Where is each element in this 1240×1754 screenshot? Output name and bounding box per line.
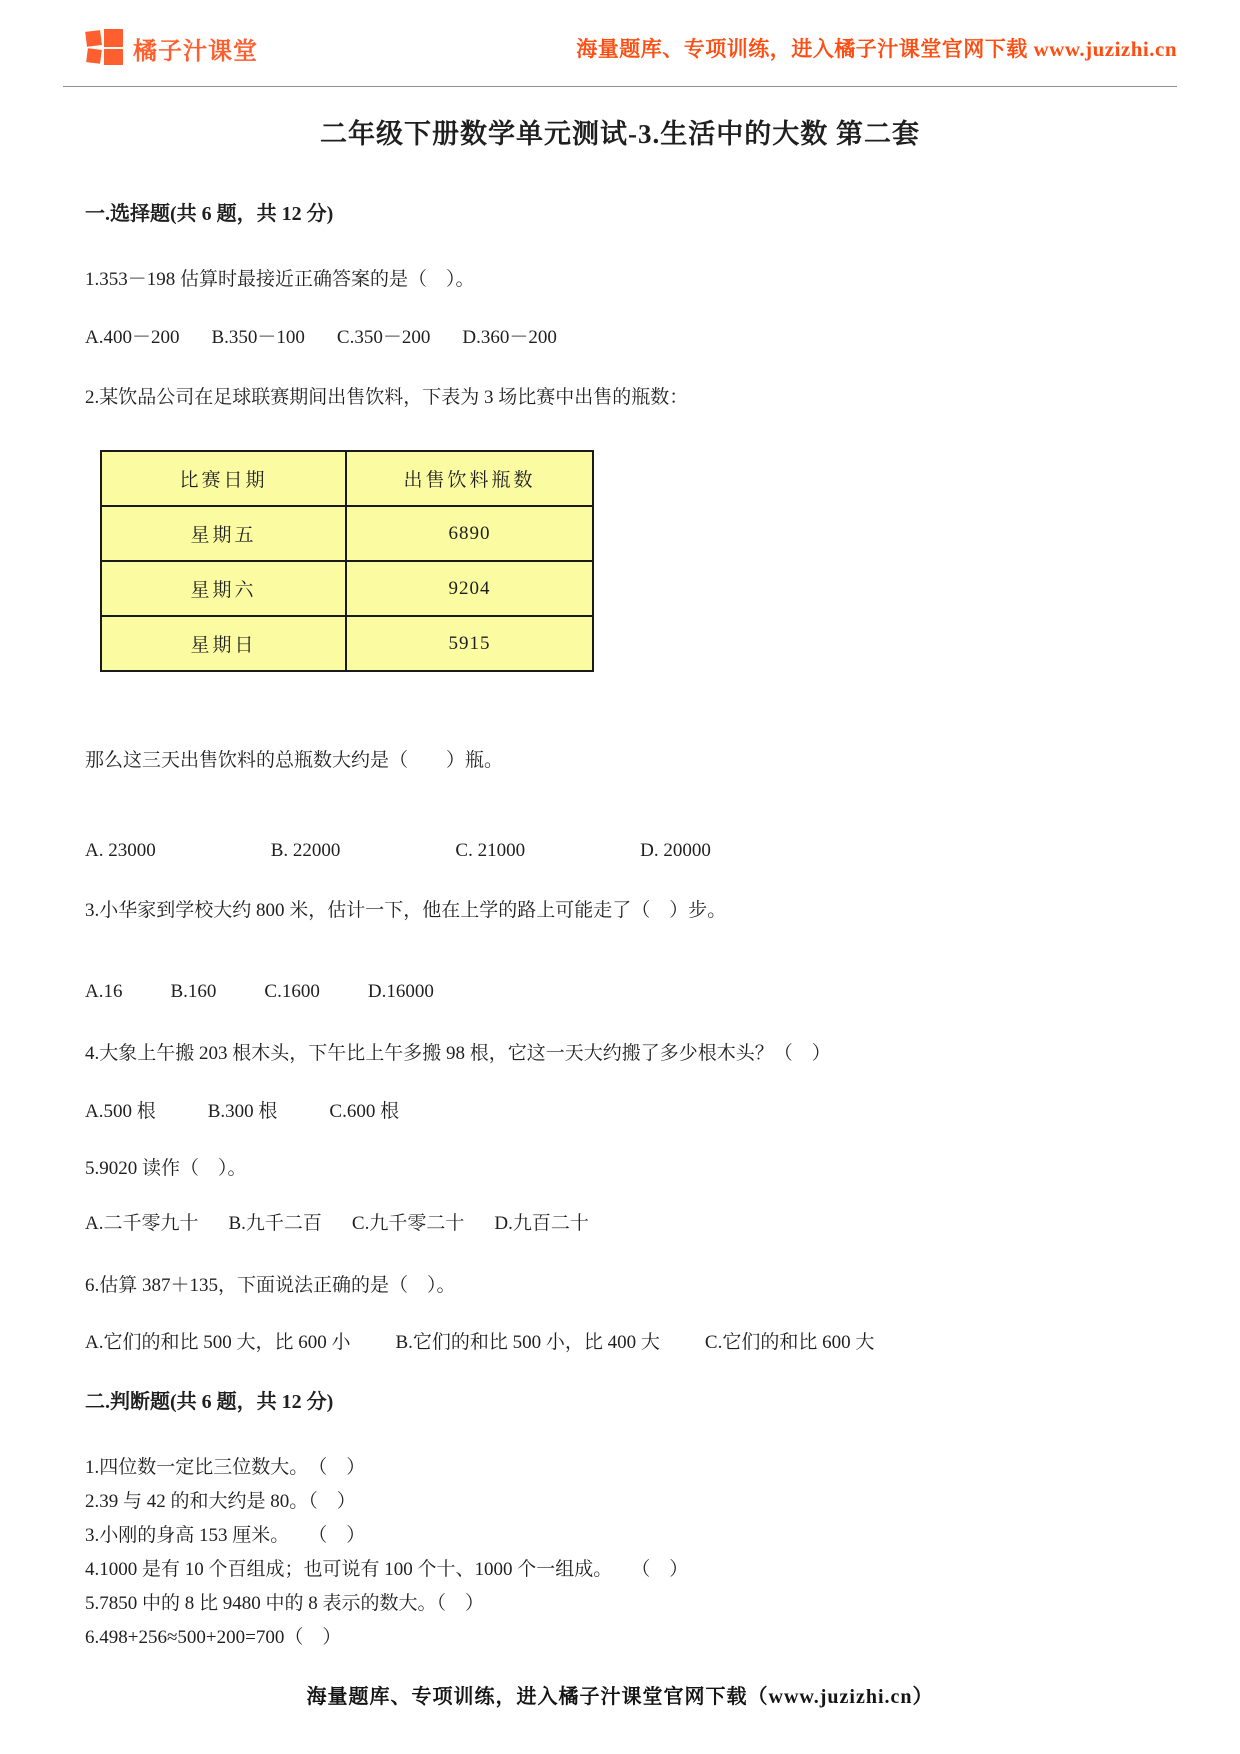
question-2-options: A. 23000 B. 22000 C. 21000 D. 20000 xyxy=(85,837,1155,864)
option-c: C.350－200 xyxy=(337,324,430,351)
question-6-options: A.它们的和比 500 大，比 600 小 B.它们的和比 500 小，比 40… xyxy=(85,1329,1155,1356)
table-header-row: 比赛日期 出售饮料瓶数 xyxy=(101,451,593,506)
option-d: D.360－200 xyxy=(462,324,556,351)
option-c: C.九千零二十 xyxy=(352,1210,464,1237)
option-a: A.它们的和比 500 大，比 600 小 xyxy=(85,1329,350,1356)
option-a: A.500 根 xyxy=(85,1098,156,1125)
question-5-text: 5.9020 读作（ ）。 xyxy=(85,1155,1155,1182)
question-4-options: A.500 根 B.300 根 C.600 根 xyxy=(85,1098,1155,1125)
worksheet-page: 橘子汁课堂 海量题库、专项训练，进入橘子汁课堂官网下载 www.juzizhi.… xyxy=(0,0,1240,1754)
page-title: 二年级下册数学单元测试-3.生活中的大数 第二套 xyxy=(85,88,1155,151)
option-b: B.九千二百 xyxy=(228,1210,321,1237)
table-cell-count: 9204 xyxy=(346,561,593,616)
option-b: B.300 根 xyxy=(208,1098,278,1125)
option-b: B. 22000 xyxy=(271,837,341,864)
header-promo-link[interactable]: 海量题库、专项训练，进入橘子汁课堂官网下载 www.juzizhi.cn xyxy=(576,33,1177,63)
table-header-bottles: 出售饮料瓶数 xyxy=(346,451,593,506)
option-a: A. 23000 xyxy=(85,837,156,864)
option-a: A.400－200 xyxy=(85,324,179,351)
table-cell-day: 星期五 xyxy=(101,506,346,561)
table-cell-day: 星期日 xyxy=(101,616,346,671)
option-c: C.600 根 xyxy=(329,1098,399,1125)
question-2-text: 2.某饮品公司在足球联赛期间出售饮料，下表为 3 场比赛中出售的瓶数： xyxy=(85,384,1155,411)
question-5-options: A.二千零九十 B.九千二百 C.九千零二十 D.九百二十 xyxy=(85,1210,1155,1237)
option-d: D. 20000 xyxy=(640,837,711,864)
brand[interactable]: 橘子汁课堂 xyxy=(85,28,258,68)
option-b: B.它们的和比 500 小，比 400 大 xyxy=(395,1329,659,1356)
judgement-list: 1.四位数一定比三位数大。 （ ） 2.39 与 42 的和大约是 80。（ ）… xyxy=(85,1451,1155,1655)
option-c: C. 21000 xyxy=(455,837,525,864)
question-4-text: 4.大象上午搬 203 根木头，下午比上午多搬 98 根，它这一天大约搬了多少根… xyxy=(85,1040,1155,1067)
footer-promo-link[interactable]: 海量题库、专项训练，进入橘子汁课堂官网下载（www.juzizhi.cn） xyxy=(0,1680,1240,1709)
table-row: 星期六 9204 xyxy=(101,561,593,616)
judgement-item-5: 5.7850 中的 8 比 9480 中的 8 表示的数大。（ ） xyxy=(85,1587,1155,1621)
option-b: B.160 xyxy=(170,978,216,1005)
page-header: 橘子汁课堂 海量题库、专项训练，进入橘子汁课堂官网下载 www.juzizhi.… xyxy=(63,0,1177,87)
question-3-text: 3.小华家到学校大约 800 米，估计一下，他在上学的路上可能走了（ ）步。 xyxy=(85,897,1155,924)
question-2-text-continued: 那么这三天出售饮料的总瓶数大约是（ ）瓶。 xyxy=(85,747,1155,774)
brand-logo-icon xyxy=(85,28,125,68)
option-d: D.16000 xyxy=(368,978,434,1005)
judgement-item-3: 3.小刚的身高 153 厘米。 （ ） xyxy=(85,1519,1155,1553)
bottles-table: 比赛日期 出售饮料瓶数 星期五 6890 星期六 9204 星期日 5915 xyxy=(100,450,594,672)
option-a: A.二千零九十 xyxy=(85,1210,198,1237)
option-c: C.它们的和比 600 大 xyxy=(705,1329,874,1356)
question-1-options: A.400－200 B.350－100 C.350－200 D.360－200 xyxy=(85,324,1155,351)
judgement-item-2: 2.39 与 42 的和大约是 80。（ ） xyxy=(85,1485,1155,1519)
option-a: A.16 xyxy=(85,978,122,1005)
judgement-item-6: 6.498+256≈500+200=700（ ） xyxy=(85,1621,1155,1655)
table-cell-day: 星期六 xyxy=(101,561,346,616)
section2-heading: 二.判断题(共 6 题，共 12 分) xyxy=(85,1385,1155,1414)
judgement-item-4: 4.1000 是有 10 个百组成；也可说有 100 个十、1000 个一组成。… xyxy=(85,1553,1155,1587)
judgement-item-1: 1.四位数一定比三位数大。 （ ） xyxy=(85,1451,1155,1485)
option-c: C.1600 xyxy=(264,978,319,1005)
option-b: B.350－100 xyxy=(211,324,304,351)
option-d: D.九百二十 xyxy=(494,1210,588,1237)
question-1-text: 1.353－198 估算时最接近正确答案的是（ ）。 xyxy=(85,266,1155,293)
table-header-date: 比赛日期 xyxy=(101,451,346,506)
brand-name: 橘子汁课堂 xyxy=(133,31,258,66)
question-3-options: A.16 B.160 C.1600 D.16000 xyxy=(85,978,1155,1005)
question-6-text: 6.估算 387＋135，下面说法正确的是（ ）。 xyxy=(85,1272,1155,1299)
table-row: 星期日 5915 xyxy=(101,616,593,671)
table-row: 星期五 6890 xyxy=(101,506,593,561)
section1-heading: 一.选择题(共 6 题，共 12 分) xyxy=(85,197,1155,226)
worksheet-content: 二年级下册数学单元测试-3.生活中的大数 第二套 一.选择题(共 6 题，共 1… xyxy=(85,88,1155,1655)
table-cell-count: 6890 xyxy=(346,506,593,561)
table-cell-count: 5915 xyxy=(346,616,593,671)
